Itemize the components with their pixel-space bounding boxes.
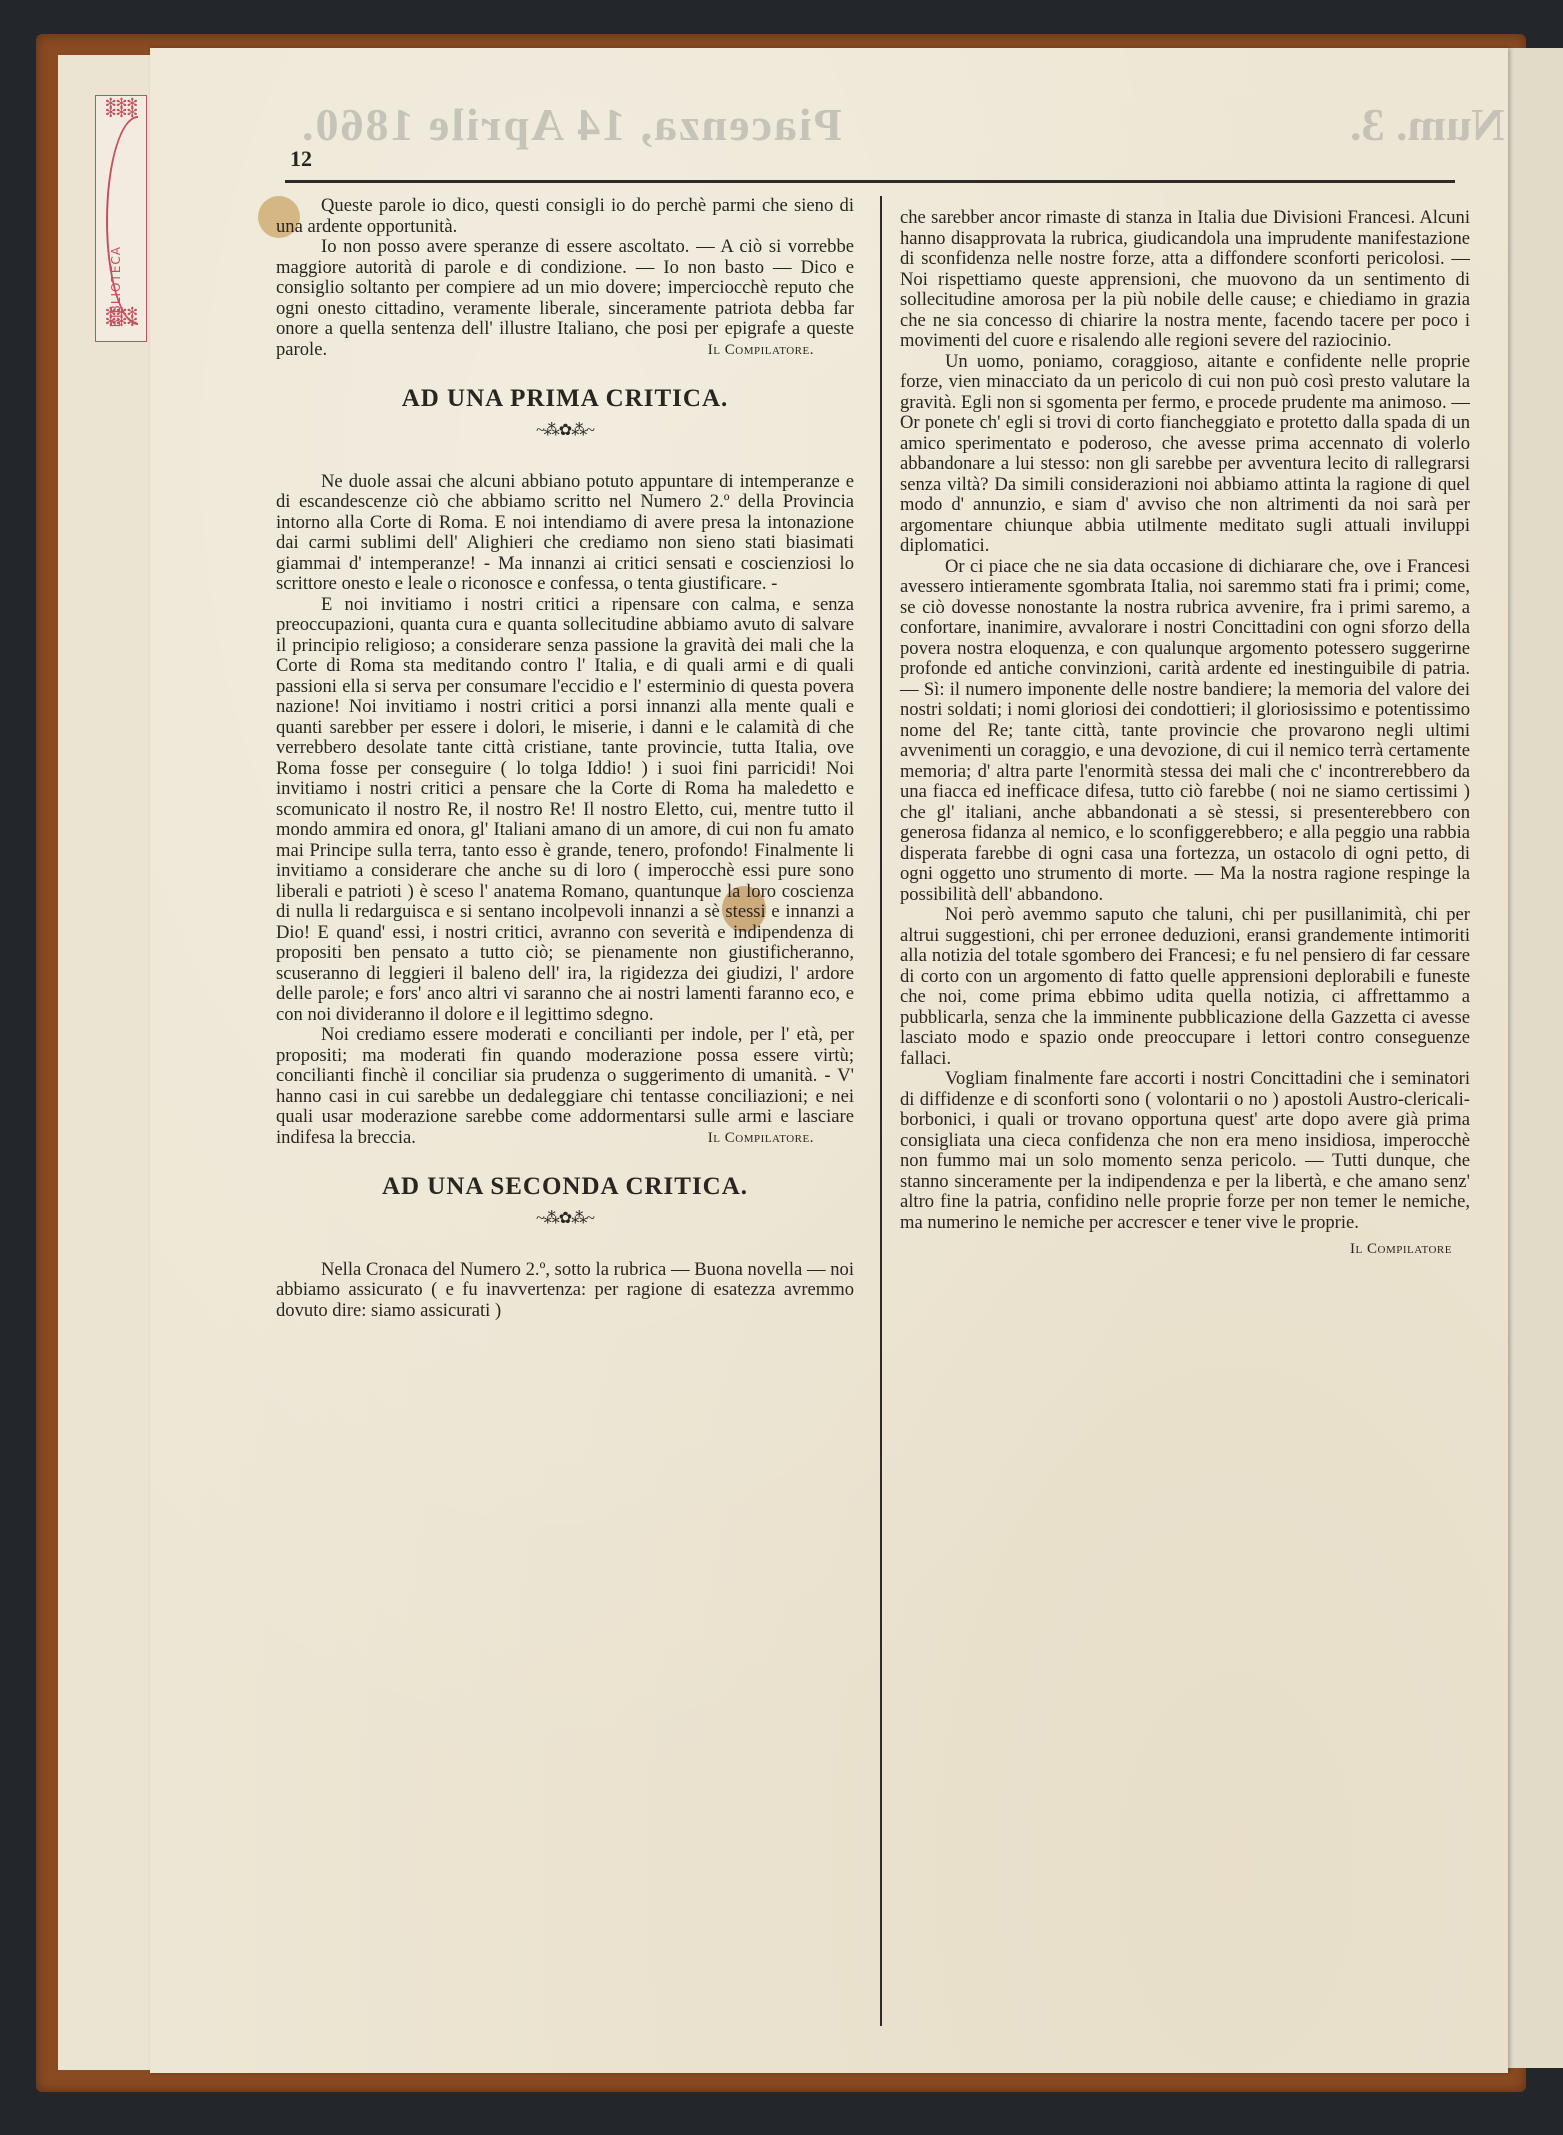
stamp-ornament-icon: ✻✻✻✻✻✻: [99, 309, 143, 337]
article-title: AD UNA PRIMA CRITICA.: [276, 389, 854, 410]
left-column: Queste parole io dico, questi consigli i…: [276, 196, 854, 1321]
signature: Il Compilatore.: [276, 340, 854, 361]
right-column: che sarebber ancor rimaste di stanza in …: [900, 208, 1470, 1260]
library-stamp: ✻✻✻✻✻✻ BIBLIOTECA ✻✻✻✻✻✻: [95, 95, 147, 342]
show-through-issue: Num. 3.: [1350, 98, 1505, 151]
paragraph: Un uomo, poniamo, coraggioso, aitante e …: [900, 352, 1470, 557]
paragraph: Queste parole io dico, questi consigli i…: [276, 196, 854, 237]
next-page-edge: [1508, 48, 1563, 2068]
paragraph: Or ci piace che ne sia data occasione di…: [900, 557, 1470, 906]
paragraph: Vogliam finalmente fare accorti i nostri…: [900, 1069, 1470, 1233]
signature: Il Compilatore: [900, 1239, 1470, 1260]
paragraph: Nella Cronaca del Numero 2.º, sotto la r…: [276, 1260, 854, 1322]
paragraph: Ne duole assai che alcuni abbiano potuto…: [276, 472, 854, 595]
page-number: 12: [290, 146, 312, 172]
ornament-icon: ~⁂✿⁂~: [276, 1209, 854, 1230]
paragraph: E noi invitiamo i nostri critici a ripen…: [276, 595, 854, 1026]
show-through-date: Piacenza, 14 Aprile 1860.: [300, 98, 842, 151]
header-rule: [285, 180, 1455, 183]
paragraph: Noi però avemmo saputo che taluni, chi p…: [900, 905, 1470, 1069]
newspaper-page: Piacenza, 14 Aprile 1860. Num. 3. 12 Que…: [150, 48, 1508, 2073]
ornament-icon: ~⁂✿⁂~: [276, 421, 854, 442]
article-title: AD UNA SECONDA CRITICA.: [276, 1177, 854, 1198]
column-rule: [880, 196, 882, 2026]
paragraph: che sarebber ancor rimaste di stanza in …: [900, 208, 1470, 352]
